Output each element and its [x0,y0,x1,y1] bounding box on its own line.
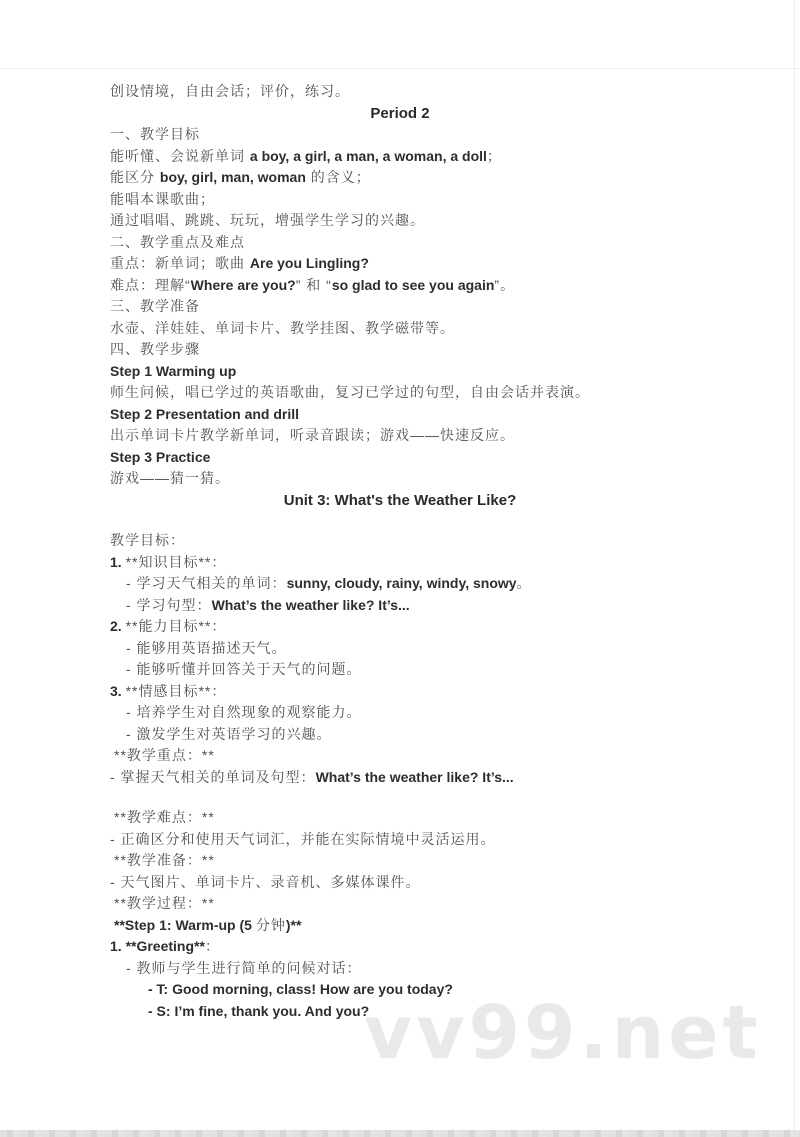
doc-line: 游戏——猜一猜。 [0,468,800,490]
english-text-segment: 3. [110,683,126,699]
doc-line: 一、教学目标 [0,124,800,146]
english-text-segment: boy, girl, man, woman [160,169,306,185]
doc-line: - 学习天气相关的单词：sunny, cloudy, rainy, windy,… [0,573,800,595]
chinese-text-segment: - 学习天气相关的单词： [126,575,287,591]
blank-line [0,511,800,530]
doc-line: **教学重点：** [0,745,800,767]
chinese-text-segment: **教学难点：** [114,809,215,825]
english-text-segment: - T: Good morning, class! How are you to… [148,981,453,997]
chinese-text-segment: 出示单词卡片教学新单词，听录音跟读；游戏——快速反应。 [110,427,515,443]
english-text-segment: What’s the weather like? It’s... [212,597,410,613]
doc-line: - 掌握天气相关的单词及句型：What’s the weather like? … [0,767,800,789]
chinese-text-segment: 难点：理解“ [110,277,191,293]
chinese-text-segment: 三、教学准备 [110,298,200,314]
english-text-segment: Unit 3: What's the Weather Like? [284,492,517,509]
chinese-text-segment: **教学准备：** [114,852,215,868]
chinese-text-segment: **情感目标**： [126,683,227,699]
english-text-segment: Step 1 Warming up [110,363,236,379]
doc-line: - 激发学生对英语学习的兴趣。 [0,724,800,746]
chinese-text-segment: ”。 [494,277,515,293]
chinese-text-segment: ” 和 “ [296,277,332,293]
doc-line: 2. **能力目标**： [0,616,800,638]
doc-line: 师生问候，唱已学过的英语歌曲，复习已学过的句型，自由会话并表演。 [0,382,800,404]
doc-line: - 教师与学生进行简单的问候对话： [0,958,800,980]
doc-line: 1. **Greeting**： [0,936,800,958]
chinese-text-segment: 通过唱唱、跳跳、玩玩，增强学生学习的兴趣。 [110,212,425,228]
chinese-text-segment: 。 [517,575,532,591]
english-text-segment: Step 3 Practice [110,449,210,465]
doc-line: Step 3 Practice [0,447,800,469]
chinese-text-segment: - 能够听懂并回答关于天气的问题。 [126,661,362,677]
chinese-text-segment: 一、教学目标 [110,126,200,142]
chinese-text-segment: - 正确区分和使用天气词汇，并能在实际情境中灵活运用。 [110,831,496,847]
doc-line: 创设情境，自由会话；评价，练习。 [0,81,800,103]
doc-line: Unit 3: What's the Weather Like? [0,490,800,512]
chinese-text-segment: 能区分 [110,169,160,185]
chinese-text-segment: **教学过程：** [114,895,215,911]
doc-line: - 正确区分和使用天气词汇，并能在实际情境中灵活运用。 [0,829,800,851]
chinese-text-segment: 能唱本课歌曲； [110,191,215,207]
chinese-text-segment: - 能够用英语描述天气。 [126,640,287,656]
chinese-text-segment: 重点：新单词；歌曲 [110,255,250,271]
chinese-text-segment: - 教师与学生进行简单的问候对话： [126,960,362,976]
chinese-text-segment: 教学目标： [110,532,185,548]
page-bottom-edge [0,1130,800,1137]
english-text-segment: Where are you? [191,277,296,293]
chinese-text-segment: 二、教学重点及难点 [110,234,245,250]
doc-line: 通过唱唱、跳跳、玩玩，增强学生学习的兴趣。 [0,210,800,232]
chinese-text-segment: - 天气图片、单词卡片、录音机、多媒体课件。 [110,874,421,890]
chinese-text-segment: 分钟 [256,917,286,933]
doc-line: Step 2 Presentation and drill [0,404,800,426]
chinese-text-segment: 创设情境，自由会话；评价，练习。 [110,83,350,99]
chinese-text-segment: - 激发学生对英语学习的兴趣。 [126,726,332,742]
english-text-segment: **Step 1: Warm-up (5 [114,917,256,933]
doc-line: 能唱本课歌曲； [0,189,800,211]
english-text-segment: 1. [110,554,126,570]
doc-line: 出示单词卡片教学新单词，听录音跟读；游戏——快速反应。 [0,425,800,447]
doc-line: 难点：理解“Where are you?” 和 “so glad to see … [0,275,800,297]
doc-line: 教学目标： [0,530,800,552]
english-text-segment: Are you Lingling? [250,255,369,271]
doc-line: 重点：新单词；歌曲 Are you Lingling? [0,253,800,275]
doc-line: - T: Good morning, class! How are you to… [0,979,800,1001]
doc-line: **教学过程：** [0,893,800,915]
doc-line: 水壶、洋娃娃、单词卡片、教学挂图、教学磁带等。 [0,318,800,340]
doc-line: - S: I’m fine, thank you. And you? [0,1001,800,1023]
document-page: vv99.net 创设情境，自由会话；评价，练习。Period 2一、教学目标能… [0,0,800,1137]
chinese-text-segment: 师生问候，唱已学过的英语歌曲，复习已学过的句型，自由会话并表演。 [110,384,590,400]
chinese-text-segment: - 学习句型： [126,597,212,613]
english-text-segment: Period 2 [370,105,429,122]
document-content: 创设情境，自由会话；评价，练习。Period 2一、教学目标能听懂、会说新单词 … [0,81,800,1022]
doc-line: - 能够听懂并回答关于天气的问题。 [0,659,800,681]
chinese-text-segment: **教学重点：** [114,747,215,763]
chinese-text-segment: **能力目标**： [126,618,227,634]
chinese-text-segment: - 培养学生对自然现象的观察能力。 [126,704,362,720]
doc-line: - 学习句型：What’s the weather like? It’s... [0,595,800,617]
chinese-text-segment: 四、教学步骤 [110,341,200,357]
doc-line: - 能够用英语描述天气。 [0,638,800,660]
chinese-text-segment: 能听懂、会说新单词 [110,148,250,164]
doc-line: Step 1 Warming up [0,361,800,383]
chinese-text-segment: 游戏——猜一猜。 [110,470,230,486]
english-text-segment: - S: I’m fine, thank you. And you? [148,1003,369,1019]
chinese-text-segment: ： [205,938,220,954]
chinese-text-segment: 水壶、洋娃娃、单词卡片、教学挂图、教学磁带等。 [110,320,455,336]
doc-line: - 培养学生对自然现象的观察能力。 [0,702,800,724]
doc-line: 3. **情感目标**： [0,681,800,703]
english-text-segment: 1. **Greeting** [110,938,205,954]
doc-line: **教学准备：** [0,850,800,872]
chinese-text-segment: 的含义； [306,169,371,185]
english-text-segment: Step 2 Presentation and drill [110,406,299,422]
blank-line [0,788,800,807]
english-text-segment: )** [286,917,302,933]
english-text-segment: sunny, cloudy, rainy, windy, snowy [287,575,517,591]
doc-line: 四、教学步骤 [0,339,800,361]
doc-line: 1. **知识目标**： [0,552,800,574]
chinese-text-segment: **知识目标**： [126,554,227,570]
doc-line: **Step 1: Warm-up (5 分钟)** [0,915,800,937]
doc-line: 三、教学准备 [0,296,800,318]
doc-line: 二、教学重点及难点 [0,232,800,254]
page-top-divider [0,68,800,69]
english-text-segment: so glad to see you again [332,277,495,293]
doc-line: Period 2 [0,103,800,125]
english-text-segment: What’s the weather like? It’s... [316,769,514,785]
doc-line: 能区分 boy, girl, man, woman 的含义； [0,167,800,189]
doc-line: - 天气图片、单词卡片、录音机、多媒体课件。 [0,872,800,894]
chinese-text-segment: ； [487,148,502,164]
english-text-segment: 2. [110,618,126,634]
doc-line: **教学难点：** [0,807,800,829]
chinese-text-segment: - 掌握天气相关的单词及句型： [110,769,316,785]
doc-line: 能听懂、会说新单词 a boy, a girl, a man, a woman,… [0,146,800,168]
english-text-segment: a boy, a girl, a man, a woman, a doll [250,148,487,164]
